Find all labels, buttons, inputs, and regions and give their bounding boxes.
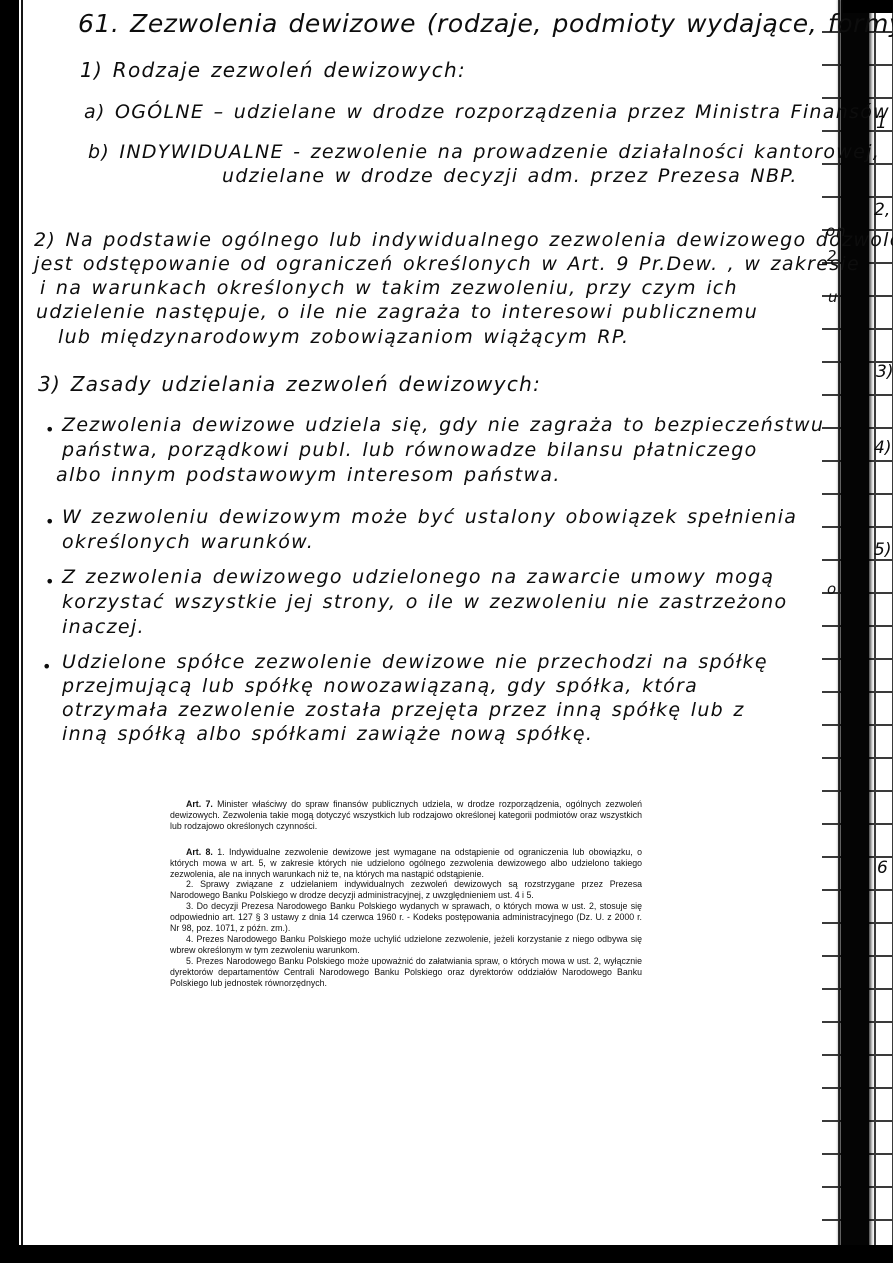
bullet3-line: inaczej. xyxy=(62,615,145,639)
bullet1-line: państwa, porządkowi publ. lub równowadze… xyxy=(62,438,758,462)
section2-line: 2) Na podstawie ogólnego lub indywidualn… xyxy=(34,228,893,252)
item-b-indywidualne-line1: b) INDYWIDUALNE - zezwolenie na prowadze… xyxy=(88,140,880,164)
article-body: 1. Indywidualne zezwolenie dewizowe jest… xyxy=(170,847,642,879)
bullet2-line: określonych warunków. xyxy=(62,530,314,554)
bullet4-line: inną spółką albo spółkami zawiąże nową s… xyxy=(62,722,593,746)
handwriting-overflow-fragment: 2 xyxy=(827,247,838,265)
section2-line: udzielenie następuje, o ile nie zagraża … xyxy=(36,300,758,324)
handwriting-overflow-fragment: on xyxy=(826,222,847,240)
margin-page-number: 1 xyxy=(876,113,887,133)
handwriting-overflow-fragment: u xyxy=(828,288,839,306)
statute-paragraph-art8-1: Art. 8. 1. Indywidualne zezwolenie dewiz… xyxy=(170,847,642,880)
bullet4-line: przejmującą lub spółkę nowozawiązaną, gd… xyxy=(62,674,698,698)
page-title: 61. Zezwolenia dewizowe (rodzaje, podmio… xyxy=(78,12,893,36)
bullet-dot: • xyxy=(45,420,54,439)
margin-page-number: 4) xyxy=(874,438,891,458)
bullet-dot: • xyxy=(45,572,54,591)
bullet-dot: • xyxy=(42,657,51,676)
statute-excerpt: Art. 7. Minister właściwy do spraw finan… xyxy=(170,799,642,989)
item-a-ogolne: a) OGÓLNE – udzielane w drodze rozporząd… xyxy=(84,100,890,124)
bullet3-line: korzystać wszystkie jej strony, o ile w … xyxy=(62,590,787,614)
handwriting-overflow-fragment: o xyxy=(827,580,837,598)
article-body: Minister właściwy do spraw finansów publ… xyxy=(170,799,642,831)
margin-page-number: 3) xyxy=(876,362,893,382)
article-label: Art. 8. xyxy=(186,847,213,857)
margin-page-number: 2, xyxy=(874,200,890,220)
bullet3-line: Z zezwolenia dewizowego udzielonego na z… xyxy=(62,565,774,589)
margin-page-number: 5) xyxy=(874,540,891,560)
statute-paragraph-5: 5. Prezes Narodowego Banku Polskiego moż… xyxy=(170,956,642,989)
statute-paragraph-2: 2. Sprawy związane z udzielaniem indywid… xyxy=(170,879,642,901)
bullet4-line: Udzielone spółce zezwolenie dewizowe nie… xyxy=(62,650,768,674)
bullet-dot: • xyxy=(45,512,54,531)
margin-page-number: 6 xyxy=(877,858,888,878)
scan-edge-bottom xyxy=(0,1245,893,1263)
bullet1-line: Zezwolenia dewizowe udziela się, gdy nie… xyxy=(62,413,824,437)
item-b-indywidualne-line2: udzielane w drodze decyzji adm. przez Pr… xyxy=(222,164,798,188)
spine-shadow-band xyxy=(841,0,869,1263)
statute-paragraph-4: 4. Prezes Narodowego Banku Polskiego moż… xyxy=(170,934,642,956)
statute-paragraph-art7: Art. 7. Minister właściwy do spraw finan… xyxy=(170,799,642,832)
section2-line: jest odstępowanie od ograniczeń określon… xyxy=(34,252,860,276)
scan-edge-left xyxy=(0,0,26,1263)
section3-heading: 3) Zasady udzielania zezwoleń dewizowych… xyxy=(38,372,541,396)
bullet1-line: albo innym podstawowym interesom państwa… xyxy=(56,463,561,487)
section1-heading: 1) Rodzaje zezwoleń dewizowych: xyxy=(80,58,466,82)
section2-line: i na warunkach określonych w takim zezwo… xyxy=(40,276,738,300)
article-label: Art. 7. xyxy=(186,799,213,809)
statute-paragraph-3: 3. Do decyzji Prezesa Narodowego Banku P… xyxy=(170,901,642,934)
bullet4-line: otrzymała zezwolenie została przejęta pr… xyxy=(62,698,745,722)
bullet2-line: W zezwoleniu dewizowym może być ustalony… xyxy=(62,505,797,529)
section2-line: lub międzynarodowym zobowiązaniom wiążąc… xyxy=(58,325,629,349)
scanned-notebook-page: 61. Zezwolenia dewizowe (rodzaje, podmio… xyxy=(0,0,893,1263)
